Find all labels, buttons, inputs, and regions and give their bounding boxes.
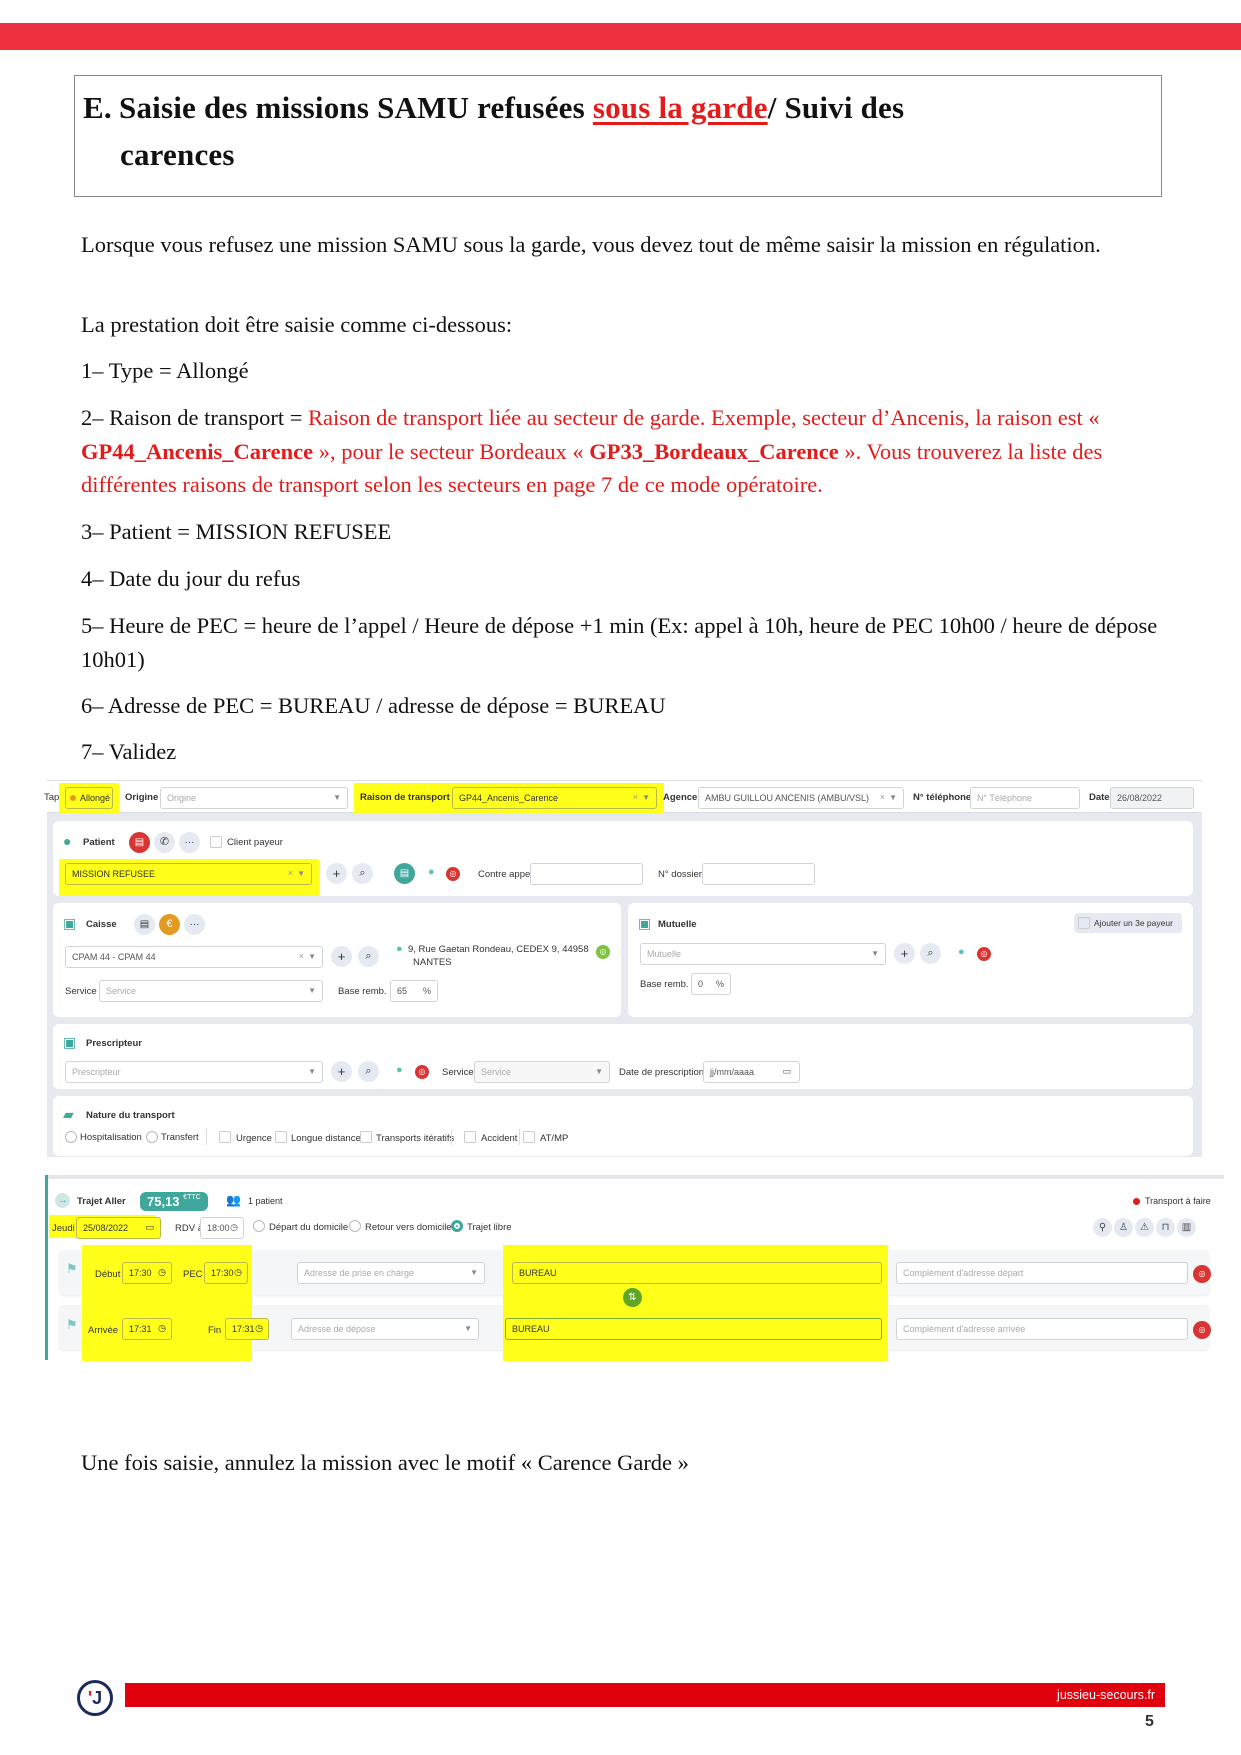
patient-card: ● Patient ▤ ✆ ··· Client payeur MISSION … — [53, 821, 1193, 896]
chevron-down-icon: ▼ — [871, 949, 879, 958]
jussieu-logo: 'J — [77, 1680, 113, 1716]
target-icon[interactable]: ◎ — [446, 867, 460, 881]
pec-time-input[interactable]: 17:30◷ — [204, 1262, 248, 1284]
step-7: 7– Validez — [81, 735, 1161, 769]
clock-icon: ◷ — [234, 1267, 242, 1278]
type-dot-icon — [70, 795, 76, 801]
trajet-date-input[interactable]: 25/08/2022▭ — [76, 1217, 161, 1239]
lock-icon[interactable]: ⊓ — [1156, 1218, 1175, 1237]
drop-address-input[interactable]: BUREAU — [505, 1318, 882, 1340]
list-icon[interactable]: ▤ — [394, 863, 415, 884]
mutuelle-base-remb-input[interactable]: 0% — [691, 973, 731, 995]
radio-transfert[interactable] — [146, 1131, 158, 1143]
clock-icon: ◷ — [158, 1323, 166, 1334]
drop-address-select[interactable]: Adresse de dépose▼ — [291, 1318, 479, 1340]
target-icon[interactable]: ◎ — [1193, 1321, 1211, 1339]
location-pin-icon: ● — [396, 943, 403, 955]
clock-icon: ◷ — [230, 1222, 238, 1233]
clock-icon: ◷ — [158, 1267, 166, 1278]
mutuelle-card: ▣ Mutuelle Ajouter un 3e payeur Mutuelle… — [628, 903, 1193, 1017]
status-text: Transport à faire — [1145, 1196, 1211, 1206]
radio-hospitalisation[interactable] — [65, 1131, 77, 1143]
caisse-service-select[interactable]: Service▼ — [99, 980, 323, 1002]
clear-icon[interactable]: × — [880, 792, 885, 802]
search-mutuelle-button[interactable]: ⌕ — [920, 943, 941, 964]
section-title: E.Saisie des missions SAMU refusées sous… — [83, 84, 1153, 178]
ambulance-icon: ▰ — [63, 1106, 74, 1123]
comp-depart-textarea[interactable]: Complément d'adresse départ — [896, 1262, 1188, 1284]
prescripteur-select[interactable]: Prescripteur▼ — [65, 1061, 323, 1083]
calendar-icon[interactable]: ▭ — [782, 1066, 791, 1077]
document-icon[interactable]: ▤ — [134, 914, 155, 935]
agence-select[interactable]: AMBU GUILLOU ANCENIS (AMBU/VSL)×▼ — [698, 787, 904, 809]
patients-icon: 👥 — [226, 1193, 241, 1207]
mutuelle-select[interactable]: Mutuelle▼ — [640, 943, 886, 965]
location-pin-icon[interactable]: ● — [958, 946, 965, 958]
prescription-date-input[interactable]: jj/mm/aaaa▭ — [703, 1061, 800, 1083]
debut-time-input[interactable]: 17:30◷ — [122, 1262, 172, 1284]
step-1: 1– Type = Allongé — [81, 354, 1161, 388]
section-title-box: E.Saisie des missions SAMU refusées sous… — [74, 75, 1162, 197]
chevron-down-icon: ▼ — [464, 1324, 472, 1333]
mutuelle-icon: ▣ — [638, 915, 651, 932]
chevron-down-icon: ▼ — [308, 986, 316, 995]
step-3: 3– Patient = MISSION REFUSEE — [81, 515, 1161, 549]
outro-paragraph: Une fois saisie, annulez la mission avec… — [81, 1446, 1161, 1480]
pickup-address-input[interactable]: BUREAU — [512, 1262, 882, 1284]
finish-flag-icon: ⚑ — [66, 1317, 78, 1333]
type-selector[interactable]: Allongé — [65, 787, 113, 809]
dossier-input[interactable] — [702, 863, 815, 885]
add-patient-button[interactable]: + — [326, 863, 347, 884]
price-badge: 75,13 €TTC — [140, 1192, 208, 1211]
add-caisse-button[interactable]: + — [331, 946, 352, 967]
target-icon[interactable]: ◎ — [1193, 1265, 1211, 1283]
more-icon[interactable]: ··· — [184, 914, 205, 935]
swap-addresses-button[interactable]: ⇅ — [623, 1288, 642, 1307]
radio-trajet-libre[interactable] — [451, 1220, 463, 1232]
target-icon[interactable]: ◎ — [596, 945, 610, 959]
chevron-down-icon: ▼ — [297, 869, 305, 878]
raison-transport-select[interactable]: GP44_Ancenis_Carence×▼ — [452, 787, 657, 809]
search-patient-button[interactable]: ⌕ — [352, 863, 373, 884]
clear-icon[interactable]: × — [288, 868, 293, 878]
status-dot — [1133, 1198, 1140, 1205]
chevron-down-icon: ▼ — [470, 1268, 478, 1277]
prescripteur-card: ▣ Prescripteur Prescripteur▼ + ⌕ ● ◎ Ser… — [53, 1024, 1193, 1089]
search-caisse-button[interactable]: ⌕ — [358, 946, 379, 967]
lead-paragraph: La prestation doit être saisie comme ci-… — [81, 308, 1161, 342]
step-5: 5– Heure de PEC = heure de l’appel / Heu… — [81, 609, 1161, 676]
title-highlight: sous la garde — [593, 90, 768, 125]
clear-icon[interactable]: × — [633, 792, 638, 802]
page-number: 5 — [1145, 1713, 1154, 1731]
date-input[interactable]: 26/08/2022 — [1110, 787, 1194, 809]
checkbox-accident[interactable] — [464, 1131, 476, 1143]
add-mutuelle-button[interactable]: + — [894, 943, 915, 964]
add-prescripteur-button[interactable]: + — [331, 1061, 352, 1082]
client-payeur-checkbox[interactable] — [210, 836, 222, 848]
euro-icon[interactable]: € — [159, 914, 180, 935]
patient-select[interactable]: MISSION REFUSEE×▼ — [65, 863, 312, 885]
trash-icon[interactable]: ▥ — [1177, 1218, 1196, 1237]
checkbox-at-mp[interactable] — [523, 1131, 535, 1143]
comp-arrivee-textarea[interactable]: Complément d'adresse arrivée — [896, 1318, 1188, 1340]
radio-depart-domicile[interactable] — [253, 1220, 265, 1232]
checkbox-longue-distance[interactable] — [275, 1131, 287, 1143]
start-flag-icon: ⚑ — [66, 1261, 78, 1277]
clock-icon: ◷ — [255, 1323, 263, 1334]
arrivee-time-input[interactable]: 17:31◷ — [122, 1318, 172, 1340]
chevron-down-icon: ▼ — [889, 793, 897, 802]
caisse-select[interactable]: CPAM 44 - CPAM 44×▼ — [65, 946, 323, 968]
third-payer-checkbox[interactable] — [1078, 917, 1090, 929]
chevron-down-icon: ▼ — [642, 793, 650, 802]
clear-icon[interactable]: × — [299, 951, 304, 961]
warning-icon[interactable]: ⚠ — [1135, 1218, 1154, 1237]
step-2: 2– Raison de transport = Raison de trans… — [81, 401, 1161, 502]
fin-time-input[interactable]: 17:31◷ — [225, 1318, 269, 1340]
footer-bar: jussieu-secours.fr — [125, 1683, 1165, 1707]
step-4: 4– Date du jour du refus — [81, 562, 1161, 596]
user-clock-icon[interactable]: ♙ — [1114, 1218, 1133, 1237]
caisse-base-remb-input[interactable]: 65% — [390, 980, 438, 1002]
location-pin-icon[interactable]: ● — [396, 1064, 403, 1076]
caisse-card: ▣ Caisse ▤ € ··· CPAM 44 - CPAM 44×▼ + ⌕… — [53, 903, 621, 1017]
calendar-icon[interactable]: ▭ — [145, 1222, 154, 1233]
chevron-down-icon: ▼ — [308, 952, 316, 961]
radio-retour-domicile[interactable] — [349, 1220, 361, 1232]
add-third-payer-button[interactable]: Ajouter un 3e payeur — [1074, 913, 1182, 933]
chevron-down-icon: ▼ — [308, 1067, 316, 1076]
pickup-address-select[interactable]: Adresse de prise en charge▼ — [297, 1262, 485, 1284]
binoculars-icon[interactable]: ⚲ — [1093, 1218, 1112, 1237]
checkbox-transports-iteratifs[interactable] — [360, 1131, 372, 1143]
chevron-down-icon: ▼ — [333, 793, 341, 802]
header-bar — [0, 23, 1241, 50]
phone-icon[interactable]: ✆ — [154, 832, 175, 853]
more-icon[interactable]: ··· — [179, 832, 200, 853]
nature-transport-card: ▰ Nature du transport Hospitalisation Tr… — [53, 1096, 1193, 1156]
step-6: 6– Adresse de PEC = BUREAU / adresse de … — [81, 689, 1161, 723]
target-icon[interactable]: ◎ — [415, 1065, 429, 1079]
patient-file-icon[interactable]: ▤ — [129, 832, 150, 853]
checkbox-urgence[interactable] — [219, 1131, 231, 1143]
form-toolbar: Tap Allongé Origine Origine▼ Raison de t… — [47, 781, 1202, 813]
trajet-screenshot: → Trajet Aller 75,13 €TTC 👥 1 patient Tr… — [45, 1175, 1221, 1360]
person-icon: ● — [63, 833, 71, 849]
rdv-time-input[interactable]: 18:00◷ — [200, 1217, 244, 1239]
prescripteur-service-select[interactable]: Service▼ — [474, 1061, 610, 1083]
mission-form-screenshot: Tap Allongé Origine Origine▼ Raison de t… — [47, 780, 1202, 1157]
arrow-right-icon: → — [55, 1193, 70, 1208]
chevron-down-icon: ▼ — [595, 1067, 603, 1076]
origine-select[interactable]: Origine▼ — [160, 787, 348, 809]
location-pin-icon[interactable]: ● — [428, 866, 435, 878]
footer-url: jussieu-secours.fr — [1057, 1688, 1155, 1702]
telephone-input[interactable]: N° Téléphone — [970, 787, 1080, 809]
target-icon[interactable]: ◎ — [977, 947, 991, 961]
search-prescripteur-button[interactable]: ⌕ — [358, 1061, 379, 1082]
intro-paragraph: Lorsque vous refusez une mission SAMU so… — [81, 228, 1161, 262]
caisse-icon: ▣ — [63, 915, 76, 932]
contre-appel-input[interactable] — [530, 863, 643, 885]
prescriber-icon: ▣ — [63, 1034, 76, 1051]
